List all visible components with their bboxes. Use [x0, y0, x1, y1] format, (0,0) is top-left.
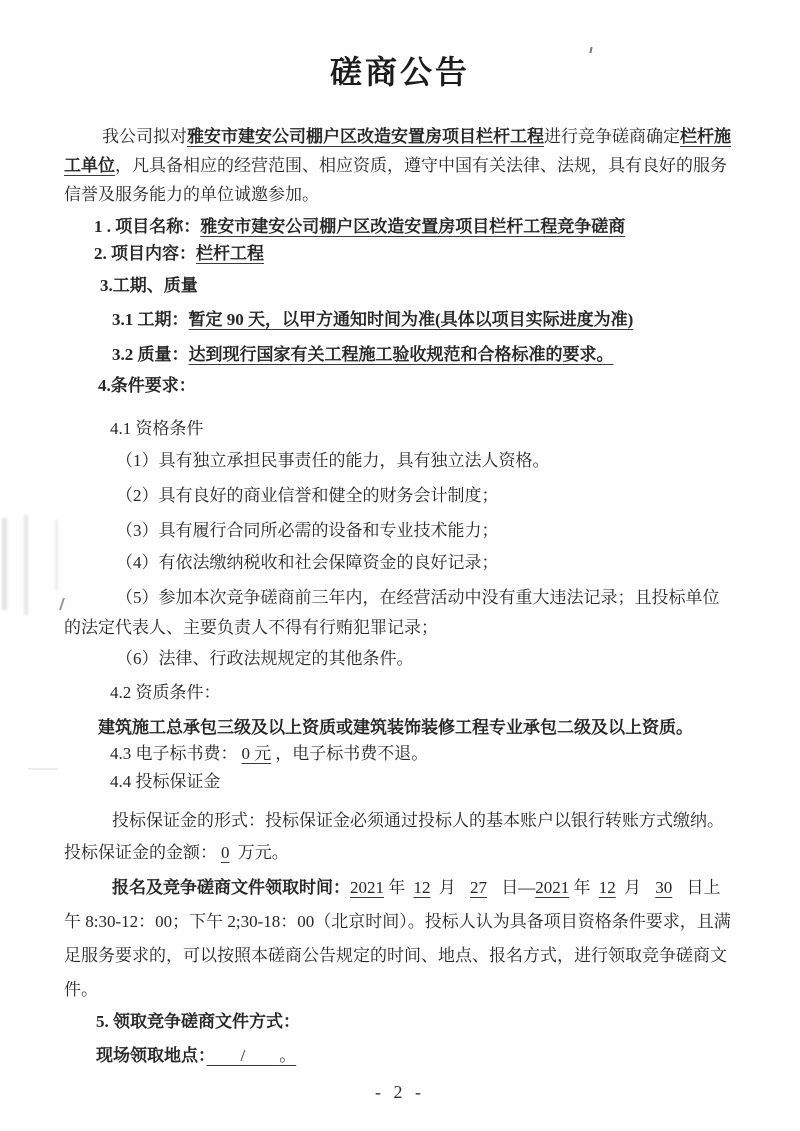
text-run: 。 — [279, 1046, 296, 1065]
scan-artifact — [28, 768, 58, 770]
item-value-underlined: 雅安市建安公司棚户区改造安置房项目栏杆工程竞争磋商 — [200, 217, 625, 236]
item-value-underlined: 栏杆工程 — [196, 244, 264, 263]
condition-item: （4）有依法缴纳税收和社会保障资金的良好记录； — [116, 550, 736, 576]
subsection-qualification-conditions: 4.1 资格条件 — [110, 416, 736, 442]
month-value-underlined: 12 — [410, 878, 435, 897]
text-run: 月 — [435, 878, 461, 897]
condition-item: （1）具有独立承担民事责任的能力，具有独立法人资格。 — [116, 448, 736, 474]
subsection-credential-conditions: 4.2 资质条件： — [110, 680, 736, 706]
text-run: 投标保证金的形式：投标保证金必须通过投标人的基本账户以银行转账方式缴纳。投标保证… — [64, 811, 724, 862]
item-label: 1 . 项目名称： — [94, 217, 200, 236]
item-bid-document-fee: 4.3 电子标书费：0 元，电子标书费不退。 — [110, 741, 736, 767]
signup-label: 报名及竞争磋商文件领取时间： — [112, 878, 350, 897]
text-run: ，电子标书费不退。 — [275, 744, 428, 763]
year-value-underlined: 2021 — [535, 878, 569, 897]
text-run: 我公司拟对 — [102, 127, 187, 146]
deposit-amount-underlined: 0 — [217, 843, 234, 862]
pickup-blank-underlined: / — [207, 1046, 280, 1065]
item-schedule: 3.1 工期：暂定 90 天，以甲方通知时间为准(具体以项目实际进度为准) — [112, 307, 736, 333]
month-value-underlined: 12 — [595, 878, 620, 897]
section-heading-schedule-quality: 3.工期、质量 — [100, 273, 736, 299]
item-quality: 3.2 质量：达到现行国家有关工程施工验收规范和合格标准的要求。 — [112, 342, 736, 368]
subsection-bid-deposit: 4.4 投标保证金 — [110, 769, 736, 795]
signup-time-paragraph: 报名及竞争磋商文件领取时间：2021 年 12 月 27 日—2021 年 12… — [64, 871, 736, 1007]
text-run: 进行竞争磋商确定 — [544, 127, 680, 146]
text-run: 年 — [384, 878, 410, 897]
text-run: 年 — [569, 878, 595, 897]
text-run: 月 — [620, 878, 646, 897]
item-value-underlined: 暂定 90 天，以甲方通知时间为准(具体以项目实际进度为准) — [189, 310, 634, 329]
day-value-underlined: 30 — [645, 878, 682, 897]
year-value-underlined: 2021 — [350, 878, 384, 897]
item-label: 2. 项目内容： — [94, 244, 196, 263]
item-label: 4.3 电子标书费： — [110, 744, 238, 763]
condition-item: （3）具有履行合同所必需的设备和专业技术能力； — [116, 518, 736, 544]
text-run: 万元。 — [234, 843, 289, 862]
page-number: - 2 - — [64, 1079, 736, 1105]
condition-item: （6）法律、行政法规规定的其他条件。 — [116, 646, 736, 672]
intro-paragraph: 我公司拟对雅安市建安公司棚户区改造安置房项目栏杆工程进行竞争磋商确定栏杆施工单位… — [64, 122, 736, 209]
scan-artifact — [2, 518, 7, 610]
item-project-content: 2. 项目内容：栏杆工程 — [94, 240, 736, 267]
item-label: 3.1 工期： — [112, 310, 189, 329]
item-label: 3.2 质量： — [112, 345, 189, 364]
document-page: 磋商公告 我公司拟对雅安市建安公司棚户区改造安置房项目栏杆工程进行竞争磋商确定栏… — [0, 0, 800, 1131]
item-value-underlined: 达到现行国家有关工程施工验收规范和合格标准的要求。 — [189, 345, 614, 364]
pickup-location-line: 现场领取地点： / 。 — [96, 1043, 736, 1069]
credential-requirement: 建筑施工总承包三级及以上资质或建筑装饰装修工程专业承包二级及以上资质。 — [98, 715, 736, 741]
scan-artifact — [24, 515, 28, 615]
item-project-name: 1 . 项目名称：雅安市建安公司棚户区改造安置房项目栏杆工程竞争磋商 — [94, 213, 736, 240]
fee-value-underlined: 0 元 — [238, 744, 276, 763]
day-value-underlined: 27 — [460, 878, 497, 897]
text-run: ，凡具备相应的经营范围、相应资质，遵守中国有关法律、法规，具有良好的服务信誉及服… — [64, 156, 727, 204]
scan-artifact — [55, 520, 58, 590]
text-run: 日— — [497, 878, 535, 897]
pickup-label: 现场领取地点： — [96, 1046, 207, 1065]
condition-item: （5）参加本次竞争磋商前三年内，在经营活动中没有重大违法记录；且投标单位的法定代… — [64, 583, 736, 643]
deposit-paragraph: 投标保证金的形式：投标保证金必须通过投标人的基本账户以银行转账方式缴纳。投标保证… — [64, 805, 736, 869]
condition-item: （2）具有良好的商业信誉和健全的财务会计制度； — [116, 483, 736, 509]
page-title: 磋商公告 — [64, 52, 736, 92]
project-name-underlined: 雅安市建安公司棚户区改造安置房项目栏杆工程 — [187, 127, 544, 146]
section-heading-document-pickup: 5. 领取竞争磋商文件方式： — [96, 1009, 736, 1035]
section-heading-requirements: 4.条件要求： — [98, 373, 736, 399]
